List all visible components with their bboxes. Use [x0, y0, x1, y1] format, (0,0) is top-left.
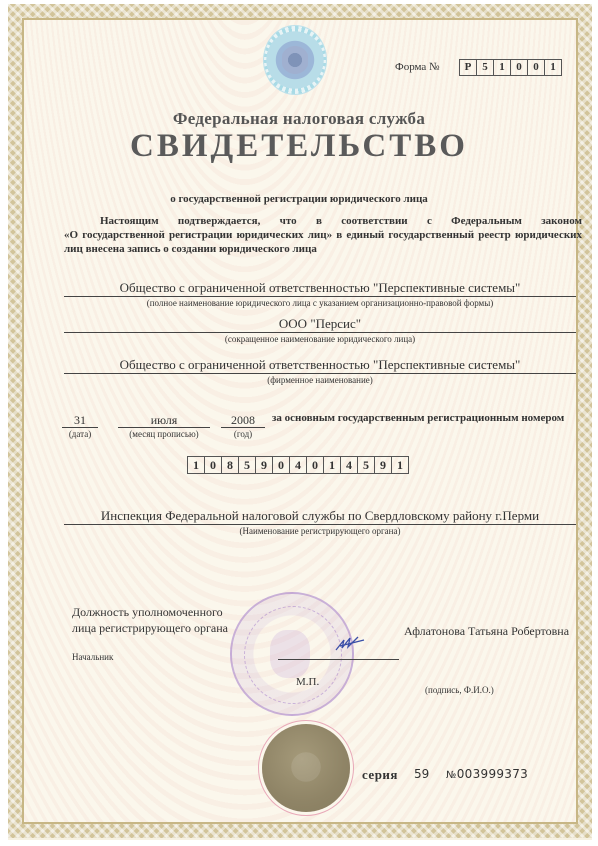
brand-name-caption: (фирменное наименование) — [64, 374, 576, 386]
statement-rest: «О государственной регистрации юридическ… — [64, 229, 582, 255]
ogrn-digit: 1 — [392, 457, 408, 473]
short-name-value: ООО "Персис" — [64, 316, 576, 333]
date-month: июля (месяц прописью) — [118, 413, 210, 440]
ogrn-digit: 4 — [290, 457, 307, 473]
authority-value: Инспекция Федеральной налоговой службы п… — [64, 508, 576, 525]
ogrn-number: 1 0 8 5 9 0 4 0 1 4 5 9 1 — [187, 456, 409, 474]
gold-seal-icon — [262, 724, 350, 812]
short-name-field: ООО "Персис" (сокращенное наименование ю… — [64, 316, 576, 345]
ogrn-digit: 5 — [358, 457, 375, 473]
full-name-caption: (полное наименование юридического лица с… — [64, 297, 576, 309]
form-code-char: 5 — [477, 60, 494, 75]
date-day-caption: (дата) — [62, 428, 98, 440]
document-subtitle: о государственной регистрации юридическо… — [0, 193, 598, 205]
agency-name: Федеральная налоговая служба — [0, 109, 598, 129]
ogrn-digit: 0 — [273, 457, 290, 473]
form-code-char: 1 — [545, 60, 561, 75]
official-title: Должность уполномоченного лица регистрир… — [72, 604, 228, 636]
official-title-line-1: Должность уполномоченного — [72, 604, 228, 620]
date-year-caption: (год) — [221, 428, 265, 440]
ogrn-digit: 5 — [239, 457, 256, 473]
signature-caption: (подпись, Ф.И.О.) — [425, 685, 494, 695]
signature-icon — [334, 634, 368, 652]
ogrn-digit: 4 — [341, 457, 358, 473]
form-code-char: 1 — [494, 60, 511, 75]
ogrn-digit: 8 — [222, 457, 239, 473]
official-title-line-2: лица регистрирующего органа — [72, 620, 228, 636]
brand-name-value: Общество с ограниченной ответственностью… — [64, 357, 576, 374]
ogrn-digit: 0 — [307, 457, 324, 473]
date-year: 2008 (год) — [221, 413, 265, 440]
short-name-caption: (сокращенное наименование юридического л… — [64, 333, 576, 345]
form-code-char: 0 — [511, 60, 528, 75]
stamp-place-label: М.П. — [296, 676, 319, 688]
ogrn-digit: 1 — [324, 457, 341, 473]
authority-caption: (Наименование регистрирующего органа) — [64, 525, 576, 537]
date-year-value: 2008 — [221, 413, 265, 428]
hologram-emblem-icon — [263, 25, 327, 95]
brand-name-field: Общество с ограниченной ответственностью… — [64, 357, 576, 386]
statement-line-1: Настоящим подтверждается, что в соответс… — [64, 214, 582, 228]
full-name-value: Общество с ограниченной ответственностью… — [64, 280, 576, 297]
statement-paragraph: Настоящим подтверждается, что в соответс… — [64, 214, 582, 256]
serial-number: №003999373 — [446, 767, 528, 781]
form-label: Форма № — [395, 61, 440, 73]
signature-line — [278, 659, 399, 660]
date-month-value: июля — [118, 413, 210, 428]
series-label: серия — [362, 767, 398, 783]
form-code-char: Р — [460, 60, 477, 75]
authority-field: Инспекция Федеральной налоговой службы п… — [64, 508, 576, 537]
date-month-caption: (месяц прописью) — [118, 428, 210, 440]
form-code: Р 5 1 0 0 1 — [459, 59, 562, 76]
official-position: Начальник — [72, 652, 113, 662]
series-value: 59 — [414, 767, 429, 781]
official-stamp-icon — [230, 592, 354, 716]
number-sign: № — [446, 770, 457, 781]
date-day: 31 (дата) — [62, 413, 98, 440]
official-name: Афлатонова Татьяна Робертовна — [404, 624, 569, 639]
regnum-label: за основным государственным регистрацион… — [272, 412, 564, 424]
form-code-char: 0 — [528, 60, 545, 75]
ogrn-digit: 1 — [188, 457, 205, 473]
document-title: СВИДЕТЕЛЬСТВО — [0, 128, 598, 165]
ogrn-digit: 9 — [375, 457, 392, 473]
full-name-field: Общество с ограниченной ответственностью… — [64, 280, 576, 309]
serial-number-value: 003999373 — [457, 767, 528, 781]
ogrn-digit: 9 — [256, 457, 273, 473]
ogrn-digit: 0 — [205, 457, 222, 473]
date-day-value: 31 — [62, 413, 98, 428]
